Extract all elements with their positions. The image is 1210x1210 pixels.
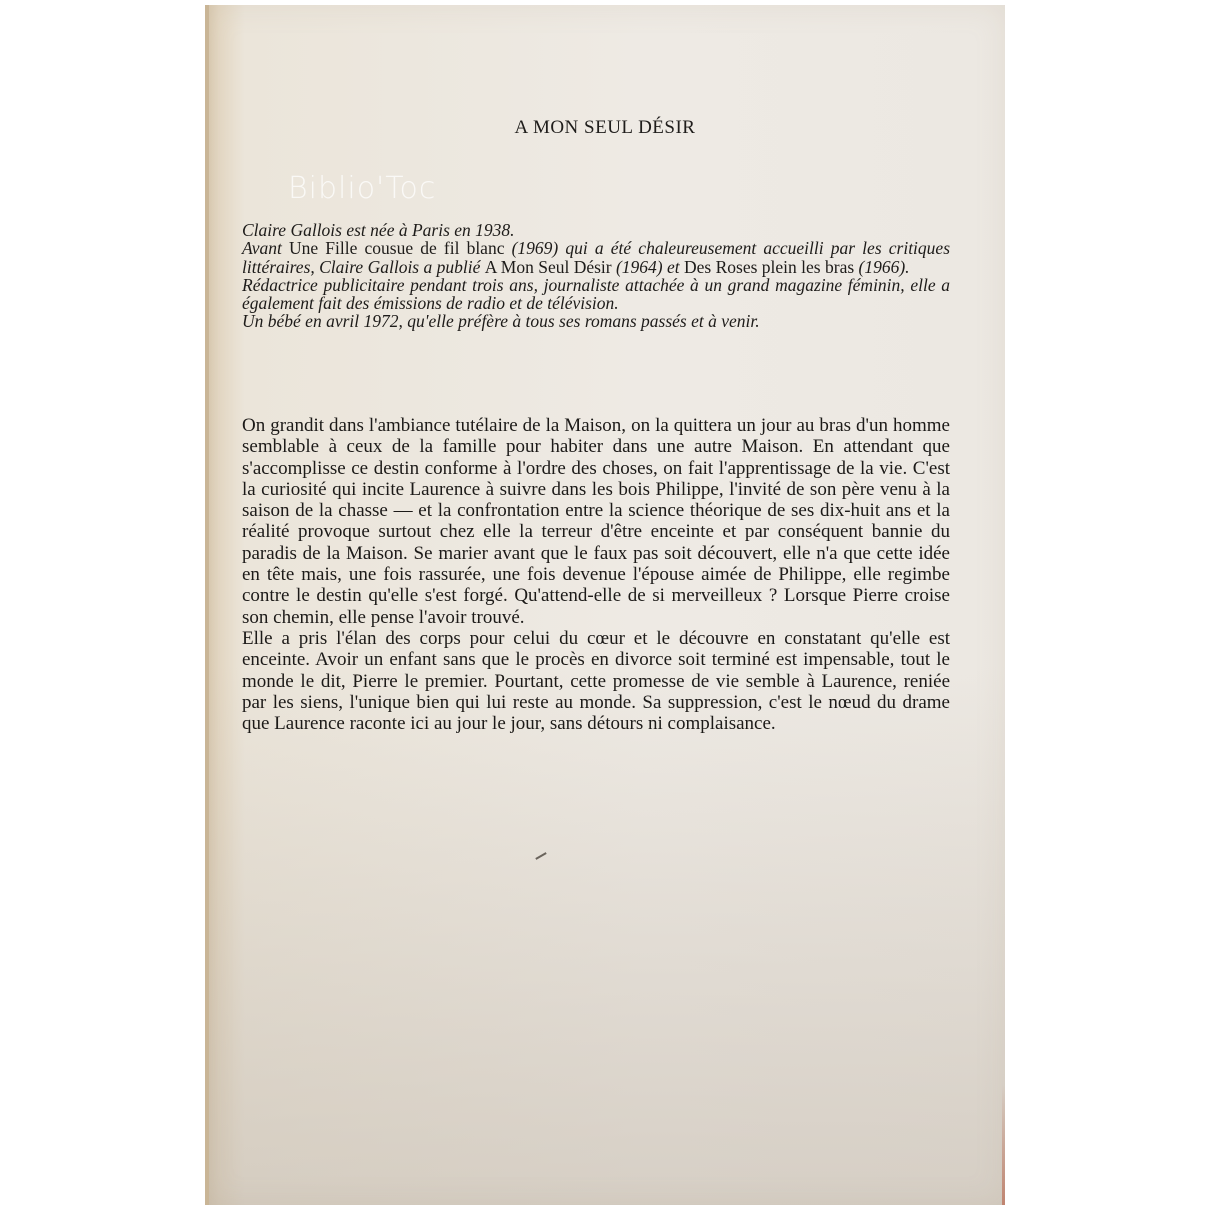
bio-italic-text: (1966). (859, 257, 910, 277)
bio-paragraph: Rédactrice publicitaire pendant trois an… (242, 276, 950, 313)
bio-italic-text: Avant (242, 238, 289, 258)
bio-title-text: Des Roses plein les bras (684, 257, 859, 277)
pencil-mark (535, 852, 546, 860)
bio-paragraph: Claire Gallois est née à Paris en 1938. (242, 221, 950, 239)
page-title: A MON SEUL DÉSIR (205, 117, 1005, 139)
bio-title-text: Une Fille cousue de fil blanc (289, 238, 512, 258)
summary-paragraph: On grandit dans l'ambiance tutélaire de … (242, 415, 950, 628)
bio-italic-text: Claire Gallois est née à Paris en 1938. (242, 220, 515, 240)
bio-italic-text: Rédactrice publicitaire pendant trois an… (242, 275, 950, 313)
bio-paragraph: Avant Une Fille cousue de fil blanc (196… (242, 239, 950, 276)
summary-paragraph: Elle a pris l'élan des corps pour celui … (242, 628, 950, 734)
bio-title-text: A Mon Seul Désir (485, 257, 616, 277)
book-summary: On grandit dans l'ambiance tutélaire de … (242, 415, 950, 734)
author-biography: Claire Gallois est née à Paris en 1938. … (242, 221, 950, 331)
watermark-logo: Biblio'Toc (288, 171, 436, 206)
bio-paragraph: Un bébé en avril 1972, qu'elle préfère à… (242, 312, 950, 330)
bio-italic-text: Un bébé en avril 1972, qu'elle préfère à… (242, 311, 760, 331)
book-page: A MON SEUL DÉSIR Biblio'Toc Claire Gallo… (205, 5, 1005, 1205)
bio-italic-text: (1964) et (616, 257, 684, 277)
